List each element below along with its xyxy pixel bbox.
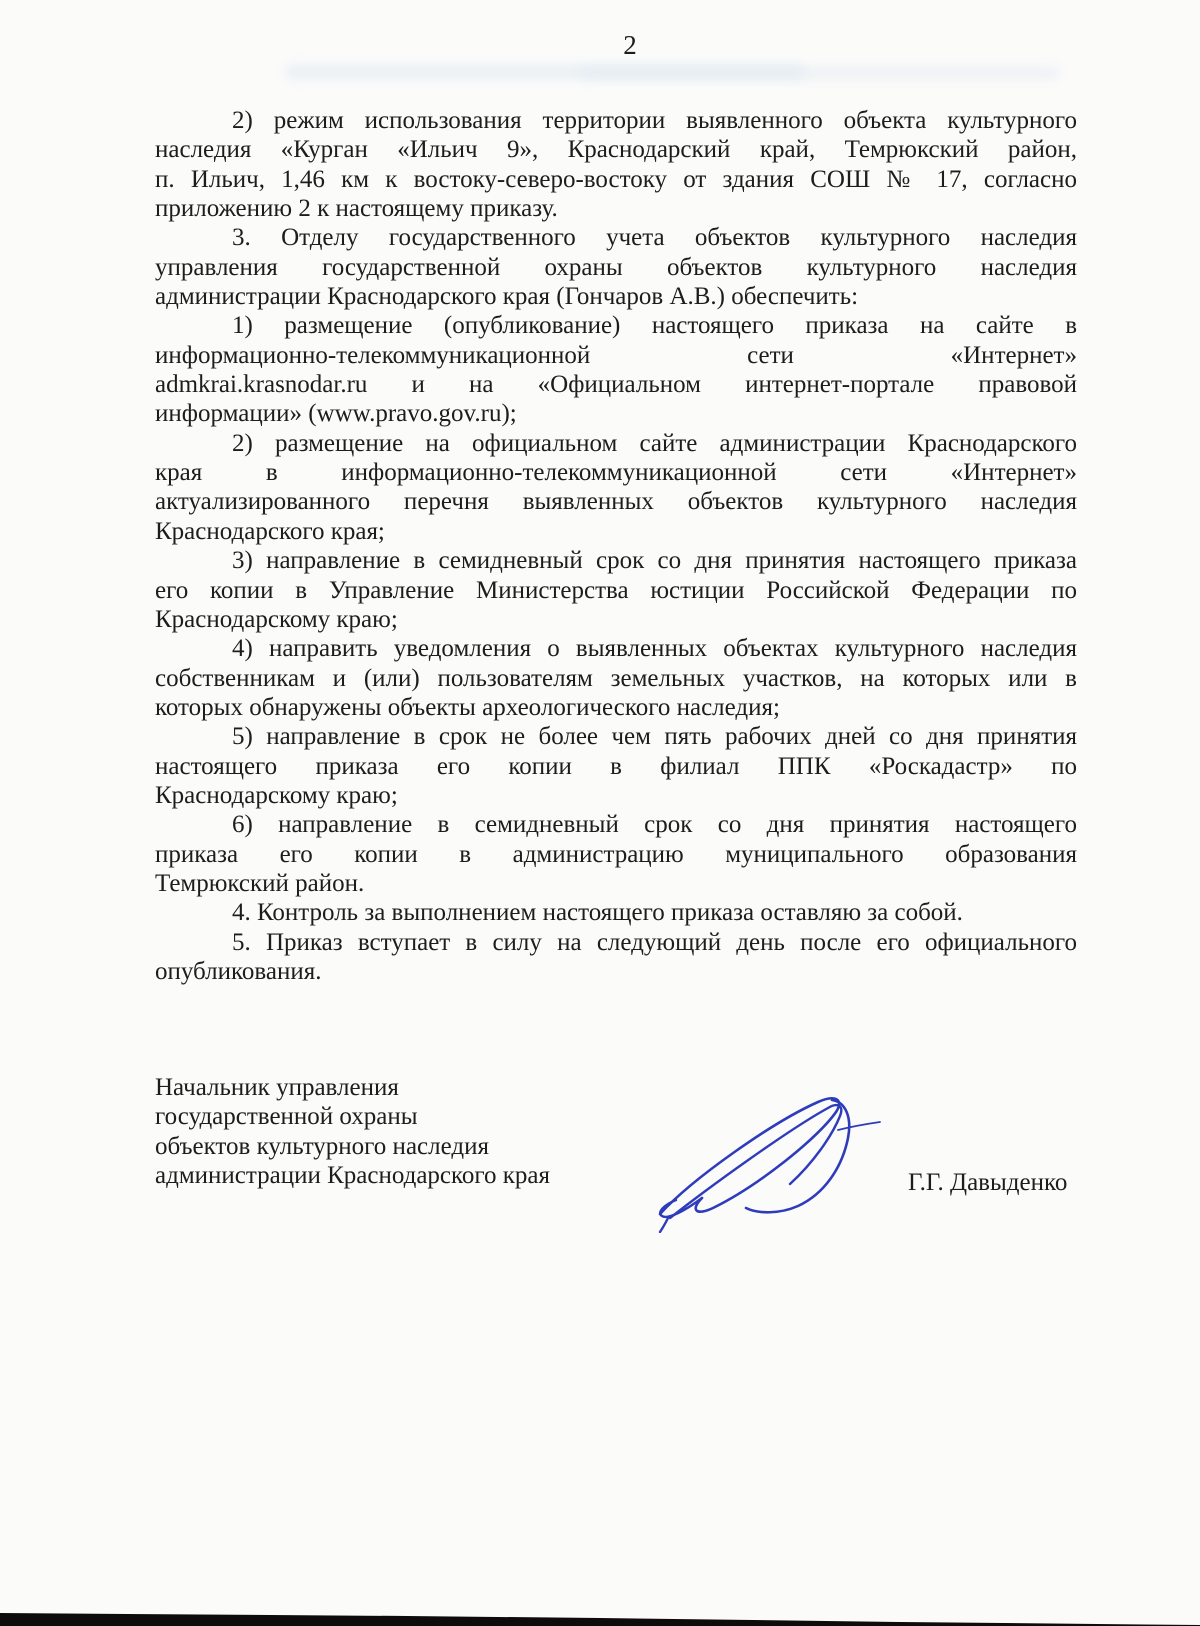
signature-ink [608, 1038, 908, 1233]
signature-stroke [670, 1105, 841, 1218]
text-line: Краснодарскому краю; [155, 605, 1077, 634]
scan-bleed-artifact [580, 66, 1060, 80]
paragraph: 2) размещение на официальном сайте админ… [155, 429, 1077, 546]
text-line: 4. Контроль за выполнением настоящего пр… [155, 898, 1077, 927]
text-line: которых обнаружены объекты археологическ… [155, 693, 1077, 722]
text-line: наследия «Курган «Ильич 9», Краснодарски… [155, 135, 1077, 164]
signature-stroke [660, 1198, 702, 1232]
text-line: информации» (www.pravo.gov.ru); [155, 399, 1077, 428]
order-body: 2) режим использования территории выявле… [155, 106, 1077, 986]
paragraph: 4. Контроль за выполнением настоящего пр… [155, 898, 1077, 927]
text-line: 1) размещение (опубликование) настоящего… [155, 311, 1077, 340]
text-line: admkrai.krasnodar.ru и на «Официальном и… [155, 370, 1077, 399]
paragraph: 1) размещение (опубликование) настоящего… [155, 311, 1077, 428]
text-line: Темрюкский район. [155, 869, 1077, 898]
text-line: управления государственной охраны объект… [155, 253, 1077, 282]
text-line: его копии в Управление Министерства юсти… [155, 576, 1077, 605]
text-line: 4) направить уведомления о выявленных об… [155, 634, 1077, 663]
paragraph: 5) направление в срок не более чем пять … [155, 722, 1077, 810]
text-line: Краснодарскому краю; [155, 781, 1077, 810]
text-line: собственникам и (или) пользователям земе… [155, 664, 1077, 693]
text-line: 3) направление в семидневный срок со дня… [155, 546, 1077, 575]
text-line: 5. Приказ вступает в силу на следующий д… [155, 928, 1077, 957]
text-line: информационно-телекоммуникационной сети … [155, 341, 1077, 370]
signatory-name: Г.Г. Давыденко [908, 1168, 1067, 1197]
text-line: настоящего приказа его копии в филиал ПП… [155, 752, 1077, 781]
text-line: приложению 2 к настоящему приказу. [155, 194, 1077, 223]
text-line: 3. Отделу государственного учета объекто… [155, 223, 1077, 252]
text-line: актуализированного перечня выявленных об… [155, 487, 1077, 516]
text-line: опубликования. [155, 957, 1077, 986]
text-line: п. Ильич, 1,46 км к востоку-северо-восто… [155, 165, 1077, 194]
paragraph: 3. Отделу государственного учета объекто… [155, 223, 1077, 311]
paragraph: 6) направление в семидневный срок со дня… [155, 810, 1077, 898]
text-line: Краснодарского края; [155, 517, 1077, 546]
paragraph: 5. Приказ вступает в силу на следующий д… [155, 928, 1077, 987]
text-line: 2) размещение на официальном сайте админ… [155, 429, 1077, 458]
text-line: приказа его копии в администрацию муници… [155, 840, 1077, 869]
text-line: администрации Краснодарского края (Гонча… [155, 282, 1077, 311]
document-page: 2 2) режим использования территории выяв… [0, 0, 1200, 1626]
text-line: края в информационно-телекоммуникационно… [155, 458, 1077, 487]
paragraph: 3) направление в семидневный срок со дня… [155, 546, 1077, 634]
text-line: 6) направление в семидневный срок со дня… [155, 810, 1077, 839]
paragraph: 2) режим использования территории выявле… [155, 106, 1077, 223]
text-line: 5) направление в срок не более чем пять … [155, 722, 1077, 751]
signature-stroke [838, 1122, 880, 1130]
scan-edge-artifact [0, 1610, 1200, 1626]
page-number: 2 [155, 30, 1105, 60]
text-line: 2) режим использования территории выявле… [155, 106, 1077, 135]
paragraph: 4) направить уведомления о выявленных об… [155, 634, 1077, 722]
